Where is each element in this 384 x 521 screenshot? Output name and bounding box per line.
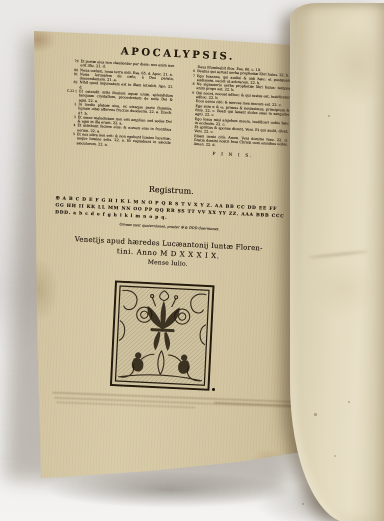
verse-number: 9	[182, 90, 196, 95]
foxing-speck	[348, 401, 350, 403]
blank-facing-leaf	[290, 3, 384, 521]
verse-number	[184, 64, 198, 65]
verse-number: 2	[64, 102, 78, 107]
foxing-speck	[328, 115, 330, 117]
foxing-speck	[314, 413, 317, 416]
printed-area: APOCALYPSIS. 79Et portæ eius non clauden…	[42, 31, 294, 488]
verse-number	[180, 133, 194, 134]
foxing-speck	[334, 455, 336, 457]
verse-number: 4	[63, 123, 77, 128]
leaf-crease	[308, 250, 368, 259]
finis-line: F I N I S.	[179, 149, 287, 159]
verse-number: 8	[182, 82, 196, 87]
verse-number: 79	[66, 59, 80, 64]
photo-background: APOCALYPSIS. 79Et portæ eius non clauden…	[0, 0, 384, 521]
index-column-right-entries: Deus illuminabit illos. Esa. 60. c. 19.6…	[180, 64, 292, 151]
verse-number: 5	[63, 132, 77, 137]
verse-number	[182, 99, 196, 100]
verse-number: C.22 1	[65, 89, 79, 94]
index-column-left: 79Et portæ eius non claudentur per diem:…	[61, 59, 174, 178]
verse-number: 82	[65, 80, 79, 85]
verse-number	[181, 116, 195, 117]
index-columns: 79Et portæ eius non claudentur per diem:…	[61, 59, 292, 184]
foxing-speck	[302, 503, 304, 505]
verse-number: 7	[183, 73, 197, 78]
colophon: Venetijs apud hæredes Lucæantonij Iuntæ …	[53, 234, 284, 274]
verse-number: 81	[66, 72, 80, 77]
giunta-lily-printers-device-icon	[110, 280, 215, 391]
index-column-right: Deus illuminabit illos. Esa. 60. c. 19.6…	[178, 64, 291, 183]
verse-number: 3	[64, 114, 78, 119]
verse-number	[182, 103, 196, 104]
verse-number	[181, 124, 195, 125]
page-content: APOCALYPSIS. 79Et portæ eius non clauden…	[12, 30, 305, 489]
